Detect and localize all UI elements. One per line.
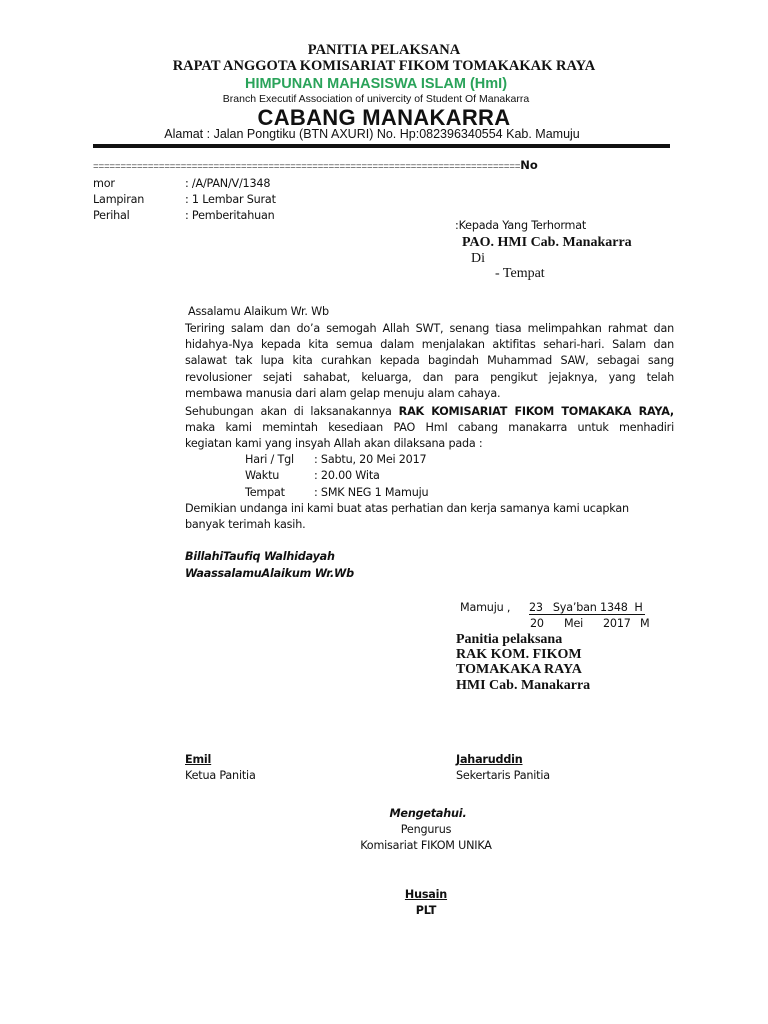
recipient-name: PAO. HMI Cab. Manakarra xyxy=(462,235,632,251)
separator-equals: ========================================… xyxy=(93,161,520,172)
letterhead-committee: PANITIA PELAKSANA xyxy=(0,42,768,59)
signatory-chair-name: Emil xyxy=(185,753,211,766)
paragraph-line: maka kami memintah kesediaan PAO HmI cab… xyxy=(185,420,674,436)
event-name: RAK KOMISARIAT FIKOM TOMAKAKA RAYA, xyxy=(399,405,674,418)
signatory-secretary-name: Jaharuddin xyxy=(456,753,523,766)
closing-line-1: Demikian undanga ini kami buat atas perh… xyxy=(185,502,629,515)
committee-line-2: RAK KOM. FIKOM xyxy=(456,647,582,663)
paragraph-opening: Teriring salam dan do’a semogah Allah SW… xyxy=(185,321,674,402)
meta-label-perihal: Perihal xyxy=(93,209,130,222)
detail-label-date: Hari / Tgl xyxy=(245,453,294,466)
detail-value-date: : Sabtu, 20 Mei 2017 xyxy=(314,453,426,466)
meta-label-nomor: mor xyxy=(93,177,115,190)
recipient-place: - Tempat xyxy=(495,266,545,282)
meta-value-nomor: : /A/PAN/V/1348 xyxy=(185,177,270,190)
date-city: Mamuju , xyxy=(460,601,510,614)
doa-line-1: BillahiTaufiq Walhidayah xyxy=(185,550,335,563)
paragraph-line: membawa manusia dari alam gelap menuju a… xyxy=(185,386,674,402)
paragraph-invitation: Sehubungan akan di laksanakannya RAK KOM… xyxy=(185,404,674,453)
ack-org-1: Pengurus xyxy=(0,823,768,836)
date-masehi-day: 20 xyxy=(530,617,544,630)
ack-name: Husain xyxy=(0,888,768,901)
letterhead-event: RAPAT ANGGOTA KOMISARIAT FIKOM TOMAKAKAK… xyxy=(0,58,768,75)
detail-label-time: Waktu xyxy=(245,469,279,482)
committee-line-4: HMI Cab. Manakarra xyxy=(456,678,590,694)
invitation-text: Sehubungan akan di laksanakannya xyxy=(185,405,399,418)
committee-line-1: Panitia pelaksana xyxy=(456,632,562,648)
date-masehi-suffix: M xyxy=(640,617,649,630)
committee-line-3: TOMAKAKA RAYA xyxy=(456,662,582,678)
ack-title: Mengetahui. xyxy=(0,807,768,820)
doa-line-2: WaassalamuAlaikum Wr.Wb xyxy=(185,567,354,580)
recipient-greeting: :Kepada Yang Terhormat xyxy=(455,219,586,232)
paragraph-line: revolusioner sejati sahabat, keluarga, d… xyxy=(185,370,674,386)
letterhead-org-name: HIMPUNAN MAHASISWA ISLAM (HmI) xyxy=(0,76,760,92)
paragraph-line: kegiatan kami yang insyah Allah akan dil… xyxy=(185,436,674,452)
meta-label-lampiran: Lampiran xyxy=(93,193,144,206)
opening-salam: Assalamu Alaikum Wr. Wb xyxy=(188,305,329,318)
detail-value-time: : 20.00 Wita xyxy=(314,469,380,482)
signatory-secretary-role: Sekertaris Panitia xyxy=(456,769,550,782)
letterhead-address: Alamat : Jalan Pongtiku (BTN AXURI) No. … xyxy=(0,127,756,141)
ack-org-2: Komisariat FIKOM UNIKA xyxy=(0,839,768,852)
paragraph-line-1: Sehubungan akan di laksanakannya RAK KOM… xyxy=(185,404,674,420)
date-hijri: 23 Sya’ban 1348 H xyxy=(529,601,645,615)
separator-line: ========================================… xyxy=(93,158,538,172)
recipient-di: Di xyxy=(471,251,485,267)
meta-value-lampiran: : 1 Lembar Surat xyxy=(185,193,276,206)
letterhead-org-subtitle: Branch Executif Association of univercit… xyxy=(0,93,760,105)
detail-value-place: : SMK NEG 1 Mamuju xyxy=(314,486,428,499)
letterhead-divider xyxy=(93,144,670,148)
ack-role: PLT xyxy=(0,904,768,917)
meta-value-perihal: : Pemberitahuan xyxy=(185,209,275,222)
separator-trail: No xyxy=(520,158,538,172)
paragraph-line: hidahya-Nya kepada kita semua dalam menj… xyxy=(185,337,674,353)
detail-label-place: Tempat xyxy=(245,486,285,499)
date-masehi-month: Mei xyxy=(564,617,583,630)
closing-line-2: banyak terimah kasih. xyxy=(185,518,305,531)
paragraph-line: salawat tak lupa kita curahkan kepada ba… xyxy=(185,353,674,369)
paragraph-line: Teriring salam dan do’a semogah Allah SW… xyxy=(185,321,674,337)
signatory-chair-role: Ketua Panitia xyxy=(185,769,256,782)
date-masehi-year: 2017 xyxy=(603,617,631,630)
